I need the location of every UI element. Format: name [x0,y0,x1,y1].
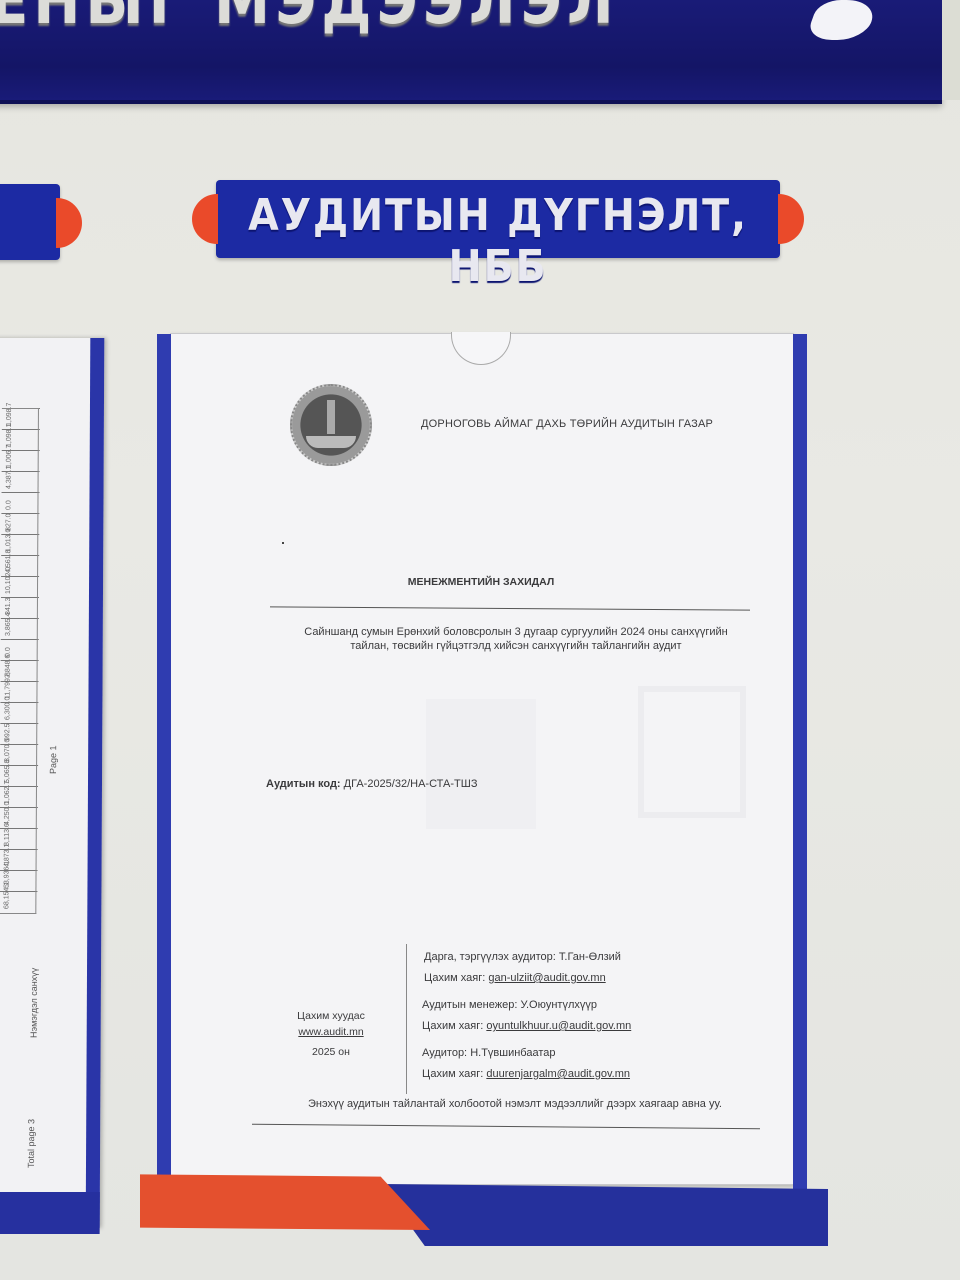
management-letter: ДОРНОГОВЬ АЙМАГ ДАХЬ ТӨРИЙН АУДИТЫН ГАЗА… [186,344,776,1164]
base-blue-strip [380,1184,828,1246]
footer-rule [252,1124,760,1129]
website-link[interactable]: www.audit.mn [298,1026,363,1038]
show-through-mark [426,699,536,829]
top-banner-sign: ЕНЫГ МЭДЭЭЛЭЛ [0,0,942,104]
document-subject: Сайншанд сумын Ерөнхий боловсролын 3 дуг… [286,625,746,653]
contact-role-1: Аудитын менежер: У.Оюунтүлхүүр [422,999,597,1011]
plaque-cap-icon [778,194,804,244]
seal-band-icon [306,436,356,448]
audit-office-seal-icon [290,384,372,466]
base-orange-strip [140,1172,430,1230]
contact-email-0: Цахим хаяг: gan-ulziit@audit.gov.mn [424,972,606,984]
left-document-table: 1,098.71,098.11,006.74,387.10.0827.01,01… [0,408,40,928]
website-label: Цахим хуудас [276,1008,386,1024]
light-glare [805,0,880,40]
subject-line-1: Сайншанд сумын Ерөнхий боловсролын 3 дуг… [286,625,746,639]
audit-code: Аудитын код: ДГА-2025/32/НА-СТА-ТШЗ [266,778,477,790]
top-banner-text: ЕНЫГ МЭДЭЭЛЭЛ [0,0,619,39]
subject-line-2: тайлан, төсвийн гүйцэтгэлд хийсэн санхүү… [286,639,746,653]
left-plaque [0,184,60,260]
document-holder: ДОРНОГОВЬ АЙМАГ ДАХЬ ТӨРИЙН АУДИТЫН ГАЗА… [170,333,794,1185]
show-through-mark [638,686,746,818]
holder-edge [157,334,171,1194]
ink-dot [282,542,284,544]
page-label: Page 1 [48,745,58,774]
holder-edge [793,334,807,1194]
document-year: 2025 он [276,1044,386,1060]
wall-edge [942,0,960,100]
email-link[interactable]: oyuntulkhuur.u@audit.gov.mn [486,1020,631,1032]
seal-tower-icon [327,400,335,434]
website-block: Цахим хуудас www.audit.mn 2025 он [276,1008,386,1060]
contact-email-2: Цахим хаяг: duurenjargalm@audit.gov.mn [422,1068,630,1080]
contact-role-0: Дарга, тэргүүлэх аудитор: Т.Ган-Өлзий [424,951,621,963]
total-page-label: Total page 3 [26,1119,36,1168]
holder-base [0,1192,100,1234]
plaque-cap-icon [56,198,82,248]
footer-note: Энэхүү аудитын тайлантай холбоотой нэмэл… [308,1098,722,1110]
left-document-holder: 1,098.71,098.11,006.74,387.10.0827.01,01… [0,338,104,1228]
audit-code-value: ДГА-2025/32/НА-СТА-ТШЗ [344,778,478,790]
holder-base [140,1172,828,1246]
table-border [0,408,39,914]
document-title: МЕНЕЖМЕНТИЙН ЗАХИДАЛ [186,576,776,588]
row-label: Нэмэгдэл санхүү [29,968,39,1038]
title-rule [270,606,750,610]
audit-code-label: Аудитын код: [266,778,341,790]
contact-divider [406,944,407,1094]
email-link[interactable]: gan-ulziit@audit.gov.mn [488,972,605,984]
plaque-cap-icon [192,194,218,244]
contact-role-2: Аудитор: Н.Түвшинбаатар [422,1047,556,1059]
contact-email-1: Цахим хаяг: oyuntulkhuur.u@audit.gov.mn [422,1020,631,1032]
email-link[interactable]: duurenjargalm@audit.gov.mn [486,1068,630,1080]
organization-name: ДОРНОГОВЬ АЙМАГ ДАХЬ ТӨРИЙН АУДИТЫН ГАЗА… [421,418,713,430]
plaque-title: АУДИТЫН ДҮГНЭЛТ, НББ [244,190,752,292]
section-plaque: АУДИТЫН ДҮГНЭЛТ, НББ [216,180,780,258]
